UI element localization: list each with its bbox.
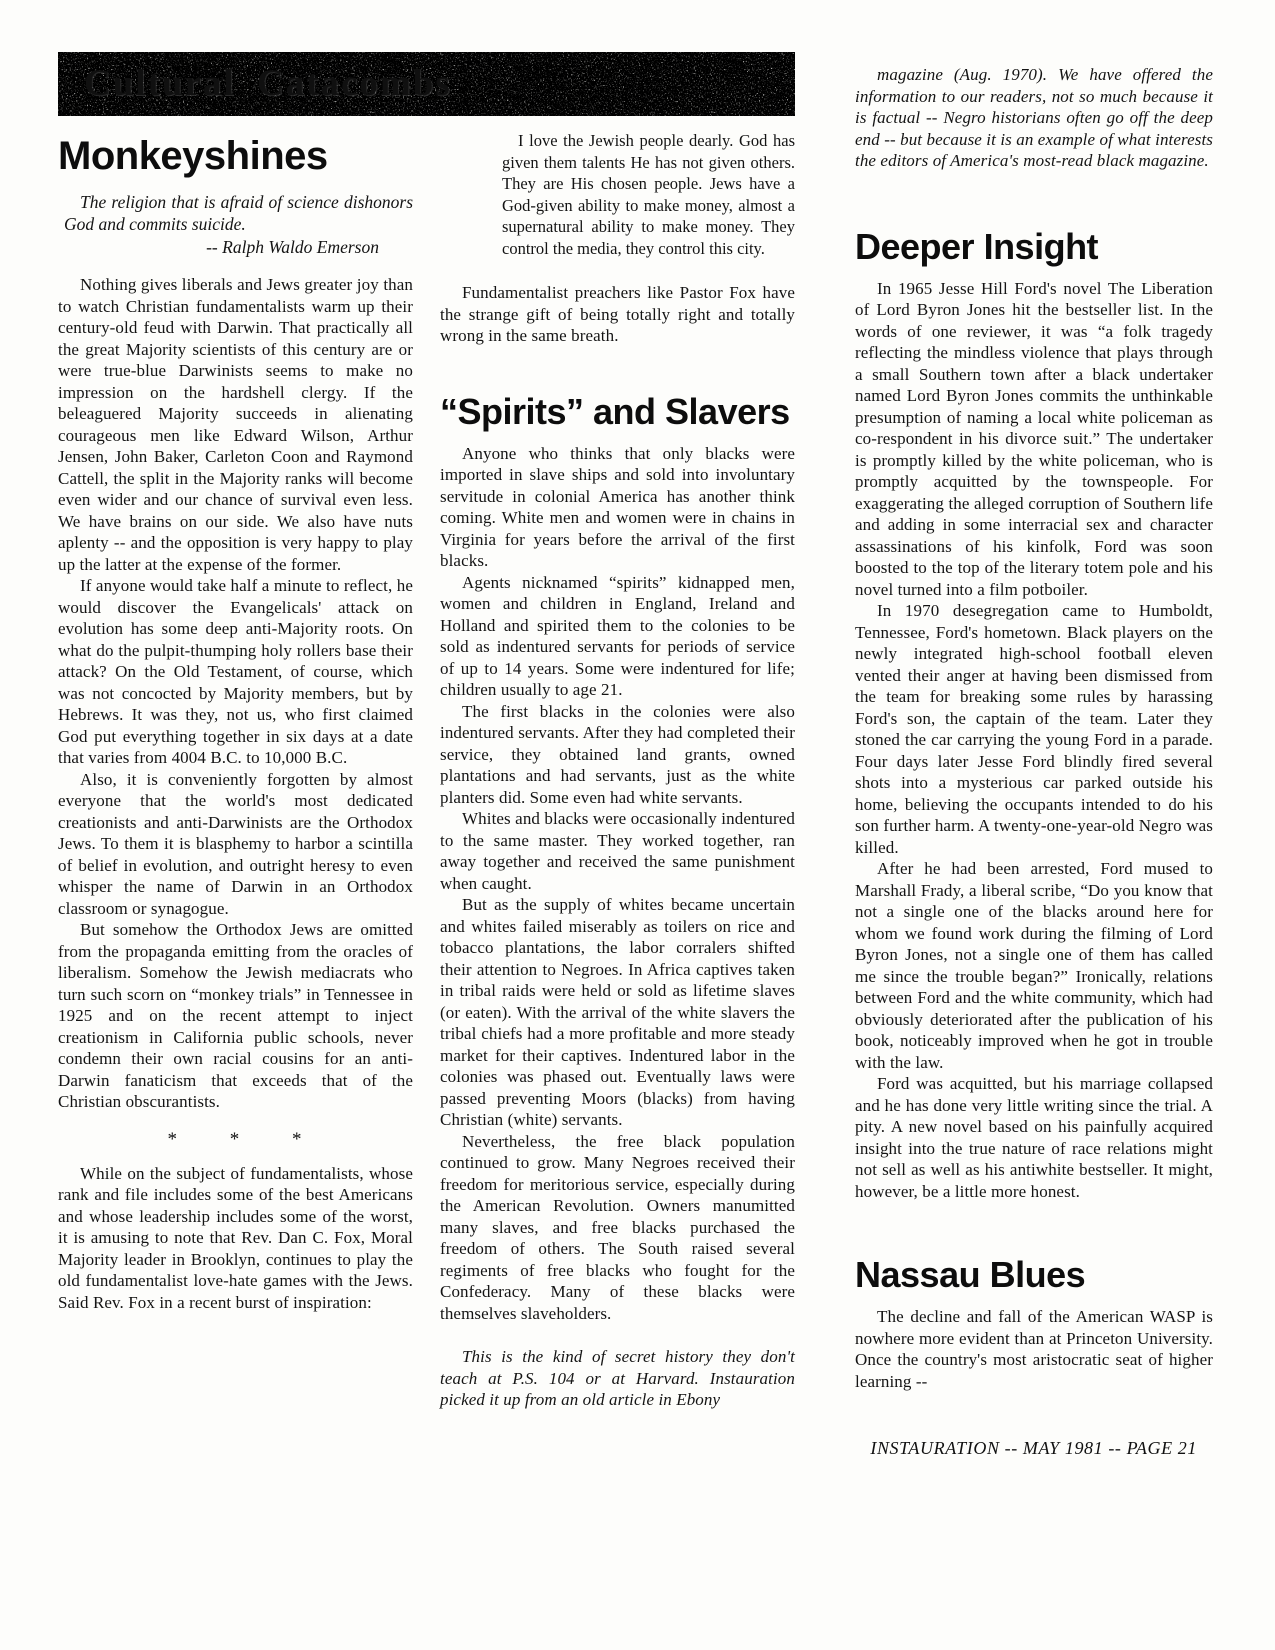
paragraph: The decline and fall of the American WAS… xyxy=(855,1306,1213,1392)
paragraph: But as the supply of whites became uncer… xyxy=(440,894,795,1131)
asterisk-separator: * * * xyxy=(58,1129,413,1151)
paragraph: Nevertheless, the free black population … xyxy=(440,1131,795,1325)
paragraph: While on the subject of fundamentalists,… xyxy=(58,1163,413,1314)
paragraph: The first blacks in the colonies were al… xyxy=(440,701,795,809)
article-title-deeper-insight: Deeper Insight xyxy=(855,226,1213,268)
paragraph: Anyone who thinks that only blacks were … xyxy=(440,443,795,572)
column-3: magazine (Aug. 1970). We have offered th… xyxy=(855,52,1213,1459)
article-title-monkeyshines: Monkeyshines xyxy=(58,134,413,179)
section-banner: Cultural Catacombs xyxy=(58,52,795,116)
columns-one-two: Monkeyshines The religion that is afraid… xyxy=(58,126,795,1411)
paragraph: Ford was acquitted, but his marriage col… xyxy=(855,1073,1213,1202)
paragraph: But somehow the Orthodox Jews are omitte… xyxy=(58,919,413,1113)
paragraph: If anyone would take half a minute to re… xyxy=(58,575,413,769)
paragraph: Fundamentalist preachers like Pastor Fox… xyxy=(440,282,795,347)
page-footer: INSTAURATION -- MAY 1981 -- PAGE 21 xyxy=(855,1438,1197,1459)
editorial-note-continuation: magazine (Aug. 1970). We have offered th… xyxy=(855,64,1213,172)
pull-quote: I love the Jewish people dearly. God has… xyxy=(502,130,795,259)
section-banner-title: Cultural Catacombs xyxy=(58,52,795,116)
article-title-spirits-and-slavers: “Spirits” and Slavers xyxy=(440,391,795,433)
paragraph: Also, it is conveniently forgotten by al… xyxy=(58,769,413,920)
epigraph-attribution: -- Ralph Waldo Emerson xyxy=(58,237,379,258)
paragraph: Whites and blacks were occasionally inde… xyxy=(440,808,795,894)
page-layout: Cultural Catacombs Monkeyshines The reli… xyxy=(58,52,1213,1459)
article-title-nassau-blues: Nassau Blues xyxy=(855,1254,1213,1296)
paragraph: Nothing gives liberals and Jews greater … xyxy=(58,274,413,575)
paragraph: In 1970 desegregation came to Humboldt, … xyxy=(855,600,1213,858)
paragraph: Agents nicknamed “spirits” kidnapped men… xyxy=(440,572,795,701)
editorial-note: This is the kind of secret history they … xyxy=(440,1346,795,1411)
left-two-columns: Cultural Catacombs Monkeyshines The reli… xyxy=(58,52,795,1411)
column-1: Monkeyshines The religion that is afraid… xyxy=(58,126,413,1411)
epigraph-text: The religion that is afraid of science d… xyxy=(64,191,413,235)
paragraph: In 1965 Jesse Hill Ford's novel The Libe… xyxy=(855,278,1213,601)
paragraph: After he had been arrested, Ford mused t… xyxy=(855,858,1213,1073)
column-2: I love the Jewish people dearly. God has… xyxy=(440,126,795,1411)
magazine-page: Cultural Catacombs Monkeyshines The reli… xyxy=(0,0,1275,1650)
